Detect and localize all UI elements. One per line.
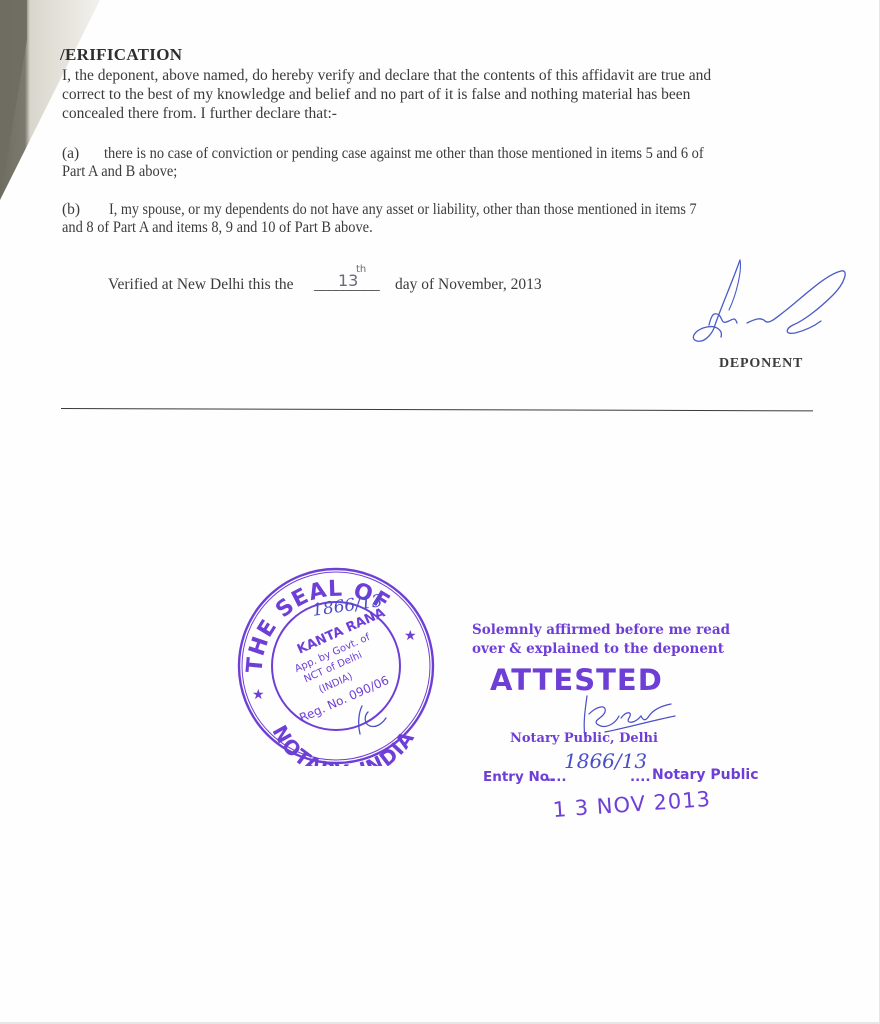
seal-star-right: ★ [404,629,417,644]
intro-line-2: correct to the best of my knowledge and … [62,86,690,104]
deponent-signature [685,255,855,350]
verified-prefix: Verified at New Delhi this the [108,276,294,294]
entry-notary-public: Notary Public [652,767,759,783]
attestation-line-2: over & explained to the deponent [472,641,724,657]
verification-heading: /ERIFICATION [60,46,182,64]
clause-a-line-1: there is no case of conviction or pendin… [104,145,704,163]
section-divider [61,408,813,411]
intro-line-3: concealed there from. I further declare … [62,105,337,123]
seal-star-left: ★ [252,688,265,703]
attestation-date: 1 3 NOV 2013 [552,787,712,822]
handwritten-day-suffix: th [356,264,366,275]
entry-dots-right: .... [630,769,651,785]
affidavit-page: /ERIFICATION I, the deponent, above name… [0,0,880,1024]
entry-prefix: Entry No. [483,769,554,785]
clause-b-line-2: and 8 of Part A and items 8, 9 and 10 of… [62,219,373,237]
verified-suffix: day of November, 2013 [395,276,542,294]
clause-b-line-1: I, my spouse, or my dependents do not ha… [109,201,697,219]
seal-initials [352,702,392,738]
intro-line-1: I, the deponent, above named, do hereby … [62,67,711,85]
clause-a-marker: (a) [62,145,79,163]
notary-public-delhi: Notary Public, Delhi [510,731,658,746]
attestation-line-1: Solemnly affirmed before me read [472,622,730,638]
deponent-label: DEPONENT [719,355,803,373]
clause-b-marker: (b) [62,201,80,219]
notary-seal: THE SEAL OF NOTARY, INDIA ★ ★ KANTA RANA… [232,566,442,766]
clause-a-line-2: Part A and B above; [62,163,177,181]
